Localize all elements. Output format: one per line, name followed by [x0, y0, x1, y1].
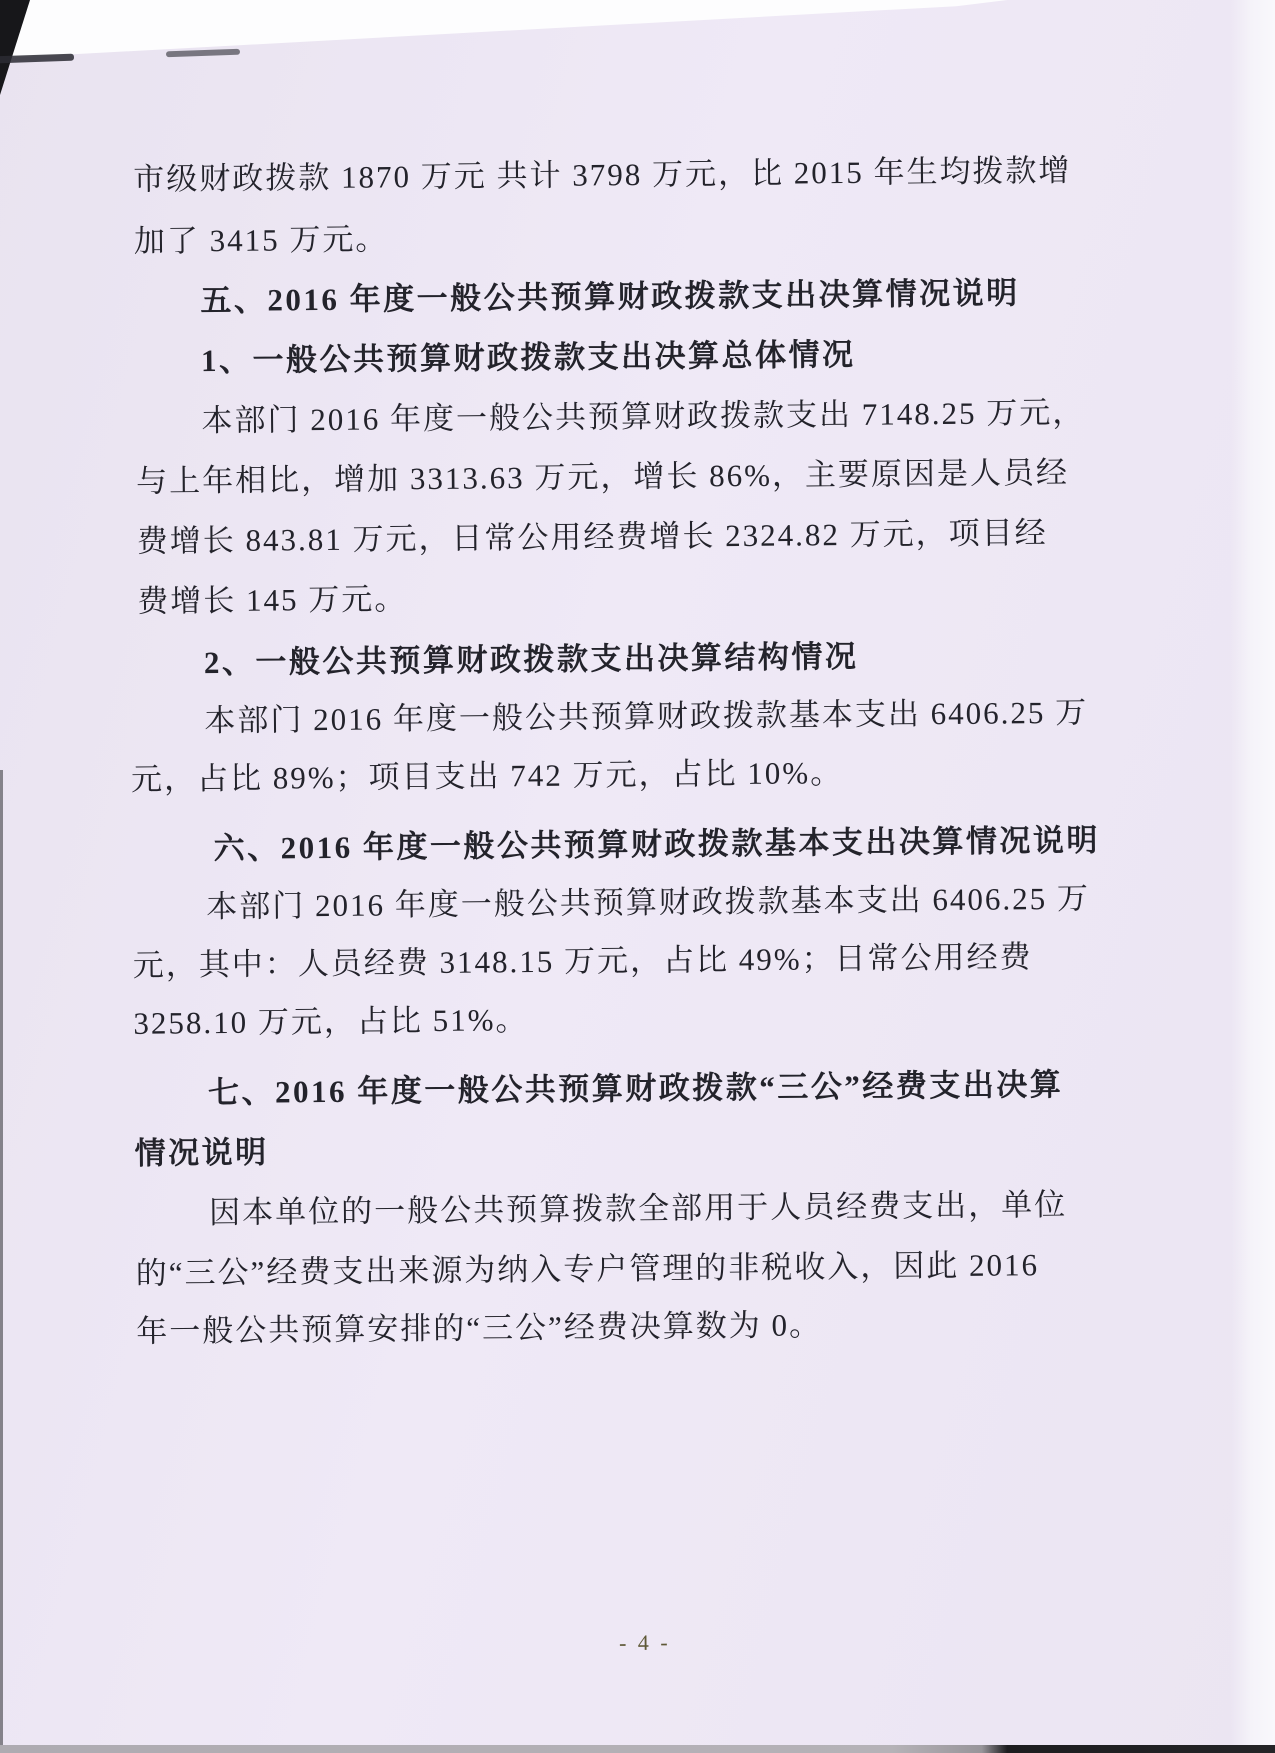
body-line: 与上年相比，增加 3313.63 万元，增长 86%，主要原因是人员经 — [136, 454, 1069, 500]
scanned-page: 市级财政拨款 1870 万元 共计 3798 万元，比 2015 年生均拨款增 … — [0, 0, 1275, 1753]
body-line: 3258.10 万元，占比 51%。 — [133, 1001, 528, 1042]
section-heading: 1、一般公共预算财政拨款支出决算总体情况 — [201, 336, 856, 379]
body-line: 费增长 145 万元。 — [137, 580, 407, 620]
body-line: 的“三公”经费支出来源为纳入专户管理的非税收入，因此 2016 — [136, 1246, 1040, 1292]
body-line: 市级财政拨款 1870 万元 共计 3798 万元，比 2015 年生均拨款增 — [133, 152, 1072, 198]
page-number: - 4 - — [7, 1624, 1275, 1662]
body-line: 元，占比 89%；项目支出 742 万元，占比 10%。 — [131, 754, 843, 798]
document-text: 市级财政拨款 1870 万元 共计 3798 万元，比 2015 年生均拨款增 … — [0, 0, 1275, 1753]
body-line: 本部门 2016 年度一般公共预算财政拨款基本支出 6406.25 万 — [206, 880, 1090, 926]
body-line: 年一般公共预算安排的“三公”经费决算数为 0。 — [136, 1306, 822, 1350]
section-heading: 七、2016 年度一般公共预算财政拨款“三公”经费支出决算 — [208, 1066, 1064, 1111]
section-heading: 2、一般公共预算财政拨款支出决算结构情况 — [204, 638, 859, 681]
section-heading: 情况说明 — [134, 1134, 268, 1172]
body-line: 费增长 843.81 万元，日常公用经费增长 2324.82 万元，项目经 — [137, 514, 1048, 560]
section-heading: 五、2016 年度一般公共预算财政拨款支出决算情况说明 — [200, 274, 1020, 319]
section-heading: 六、2016 年度一般公共预算财政拨款基本支出决算情况说明 — [214, 822, 1101, 868]
body-line: 本部门 2016 年度一般公共预算财政拨款基本支出 6406.25 万 — [204, 694, 1088, 740]
body-line: 因本单位的一般公共预算拨款全部用于人员经费支出，单位 — [209, 1186, 1067, 1231]
body-line: 加了 3415 万元。 — [134, 220, 389, 260]
body-line: 本部门 2016 年度一般公共预算财政拨款支出 7148.25 万元， — [201, 394, 1085, 440]
body-line: 元，其中：人员经费 3148.15 万元，占比 49%；日常公用经费 — [133, 938, 1033, 984]
